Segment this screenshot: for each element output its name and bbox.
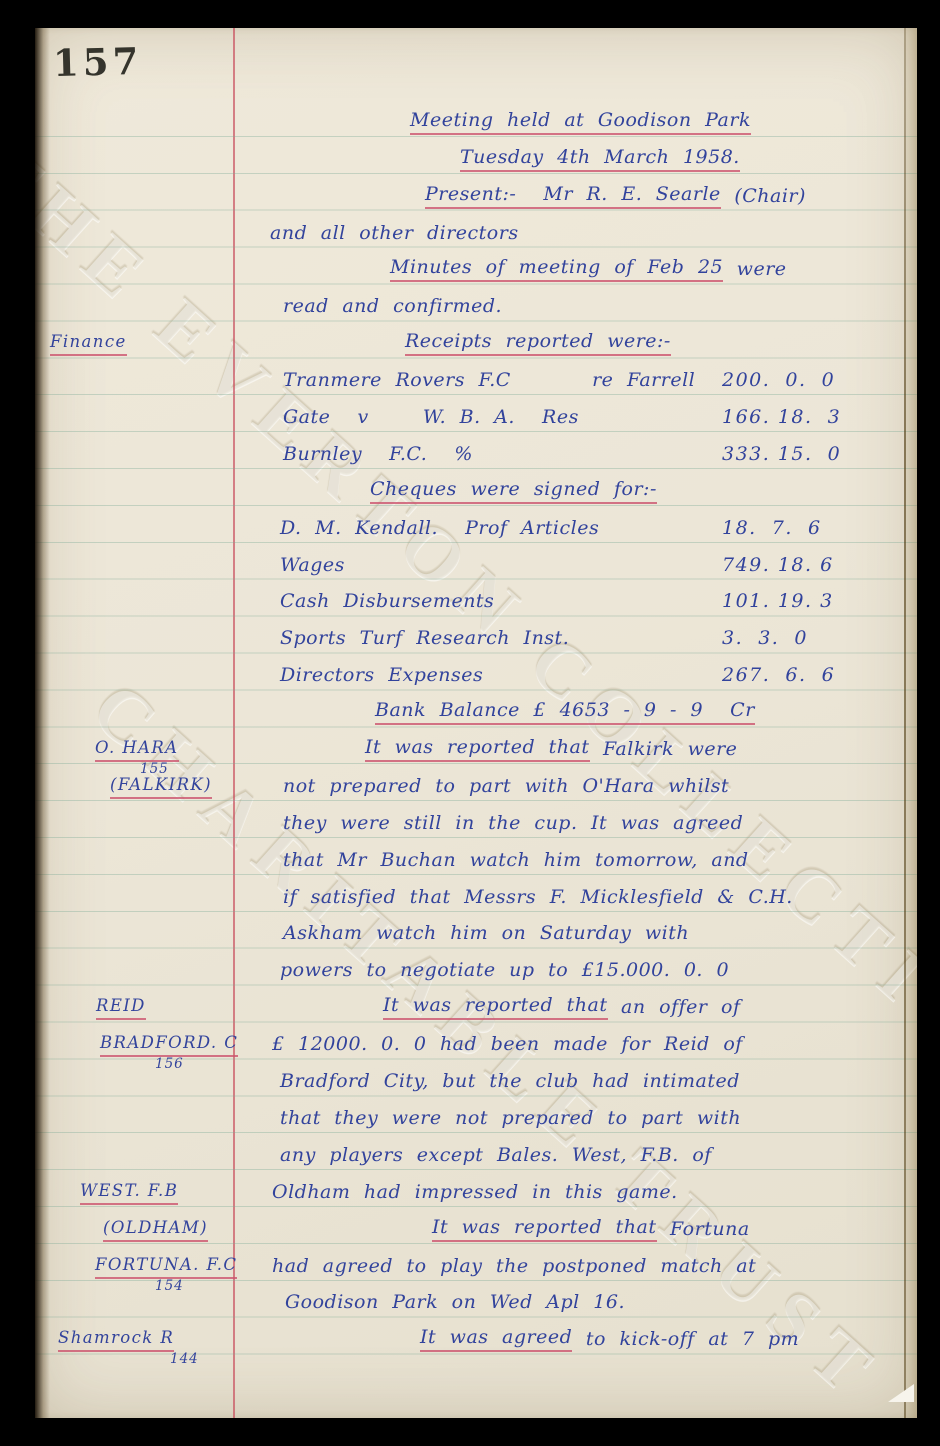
handwriting: if satisfied that Messrs F. Micklesfield… xyxy=(283,885,793,912)
handwriting: Cash Disbursements xyxy=(280,589,494,616)
ledger-line: Cheques were signed for:- xyxy=(35,469,917,506)
handwriting: and all other directors xyxy=(270,221,519,248)
handwriting: an offer of xyxy=(608,995,741,1022)
line-body: that they were not prepared to part with xyxy=(235,1106,917,1133)
ledger-line: Bank Balance £ 4653 - 9 - 9 Cr xyxy=(35,690,917,727)
ledger-line: Burnley F.C. %333. 15. 0 xyxy=(35,432,917,469)
ledger-line: Tuesday 4th March 1958. xyxy=(35,137,917,174)
margin-cell: Shamrock R144 xyxy=(35,1327,235,1354)
ledger-line: Sports Turf Research Inst.3. 3. 0 xyxy=(35,616,917,653)
ledger-line: Directors Expenses267. 6. 6 xyxy=(35,653,917,690)
handwriting: powers to negotiate up to £15.000. 0. 0 xyxy=(280,958,729,985)
ledger-line: they were still in the cup. It was agree… xyxy=(35,801,917,838)
handwriting: Oldham had impressed in this game. xyxy=(272,1180,678,1207)
handwriting-underlined: Feb 25 xyxy=(647,255,723,282)
ruled-lines-area: Meeting held at Goodison ParkTuesday 4th… xyxy=(35,100,917,1360)
ledger-line: Present:- Mr R. E. Searle (Chair) xyxy=(35,174,917,211)
page-edge-crease xyxy=(904,28,906,1418)
line-body: Burnley F.C. %333. 15. 0 xyxy=(235,442,917,469)
ledger-line: REIDIt was reported that an offer of xyxy=(35,985,917,1022)
ledger-line: Tranmere Rovers F.C re Farrell200. 0. 0 xyxy=(35,358,917,395)
handwriting: £ 12000. 0. 0 had been made for Reid of xyxy=(272,1032,743,1059)
margin-heading: REID xyxy=(96,995,146,1020)
ledger-line: Gate v W. B. A. Res166. 18. 3 xyxy=(35,395,917,432)
margin-cell: REID xyxy=(35,995,235,1022)
line-body: not prepared to part with O'Hara whilst xyxy=(235,774,917,801)
line-body: Wages749. 18. 6 xyxy=(235,553,917,580)
margin-cell: FORTUNA. F.C154 xyxy=(35,1254,235,1281)
handwriting: any players except Bales. West, F.B. of xyxy=(280,1143,712,1170)
ledger-line: Wages749. 18. 6 xyxy=(35,543,917,580)
amount-value: 3. 3. 0 xyxy=(722,626,907,653)
handwriting: had agreed to play the postponed match a… xyxy=(272,1254,756,1281)
handwriting: were xyxy=(723,257,786,284)
line-body: Bank Balance £ 4653 - 9 - 9 Cr xyxy=(235,698,917,727)
ledger-line: that they were not prepared to part with xyxy=(35,1096,917,1133)
handwriting: they were still in the cup. It was agree… xyxy=(283,811,743,838)
handwriting-underlined: Meeting held at Goodison Park xyxy=(410,108,751,135)
handwriting: that they were not prepared to part with xyxy=(280,1106,741,1133)
ledger-line: powers to negotiate up to £15.000. 0. 0 xyxy=(35,948,917,985)
line-body: Meeting held at Goodison Park xyxy=(235,108,917,137)
line-body: Minutes of meeting of Feb 25 were xyxy=(235,255,917,284)
ledger-line: WEST. F.BOldham had impressed in this ga… xyxy=(35,1170,917,1207)
handwriting: that Mr Buchan watch him tomorrow, and xyxy=(283,848,749,875)
line-body: read and confirmed. xyxy=(235,294,917,321)
line-body: Gate v W. B. A. Res166. 18. 3 xyxy=(235,405,917,432)
handwriting: Sports Turf Research Inst. xyxy=(280,626,569,653)
book-binding-edge xyxy=(35,28,50,1418)
line-body: Directors Expenses267. 6. 6 xyxy=(235,663,917,690)
line-body: Receipts reported were:- xyxy=(235,329,917,358)
margin-heading: Finance xyxy=(50,331,127,356)
handwriting-underlined: Receipts reported were:- xyxy=(405,329,671,356)
line-body: Tranmere Rovers F.C re Farrell200. 0. 0 xyxy=(235,368,917,395)
margin-heading: FORTUNA. F.C xyxy=(95,1254,237,1279)
line-body: any players except Bales. West, F.B. of xyxy=(235,1143,917,1170)
margin-cell: Finance xyxy=(35,331,235,358)
handwriting: Tranmere Rovers F.C re Farrell xyxy=(283,368,695,395)
line-body: Tuesday 4th March 1958. xyxy=(235,145,917,174)
ledger-line: (OLDHAM)It was reported that Fortuna xyxy=(35,1207,917,1244)
handwriting-underlined: Bank Balance £ 4653 - 9 - 9 Cr xyxy=(375,698,755,725)
handwriting: Directors Expenses xyxy=(280,663,483,690)
ledger-line: that Mr Buchan watch him tomorrow, and xyxy=(35,838,917,875)
line-body: Sports Turf Research Inst.3. 3. 0 xyxy=(235,626,917,653)
ledger-line: FinanceReceipts reported were:- xyxy=(35,321,917,358)
handwriting-underlined: It was agreed xyxy=(420,1325,572,1352)
line-body: that Mr Buchan watch him tomorrow, and xyxy=(235,848,917,875)
line-body: D. M. Kendall. Prof Articles18. 7. 6 xyxy=(235,516,917,543)
margin-cell: WEST. F.B xyxy=(35,1180,235,1207)
handwriting: Bradford City, but the club had intimate… xyxy=(280,1069,740,1096)
handwriting-underlined: Minutes of meeting of xyxy=(390,255,647,282)
page-number-stamp: 157 xyxy=(52,39,142,85)
handwriting-underlined: It was reported that xyxy=(365,735,590,762)
handwriting: not prepared to part with O'Hara whilst xyxy=(283,774,729,801)
margin-heading: (OLDHAM) xyxy=(103,1217,208,1242)
photograph-background: { "document": { "type": "handwritten-min… xyxy=(0,0,940,1446)
margin-heading: O. HARA xyxy=(95,737,179,762)
handwriting: to kick-off at 7 pm xyxy=(572,1327,799,1354)
line-body: Askham watch him on Saturday with xyxy=(235,921,917,948)
ledger-line: BRADFORD. C156£ 12000. 0. 0 had been mad… xyxy=(35,1022,917,1059)
margin-cell: (FALKIRK) xyxy=(35,774,235,801)
ledger-line: Shamrock R144It was agreed to kick-off a… xyxy=(35,1317,917,1354)
margin-heading: (FALKIRK) xyxy=(110,774,212,799)
margin-ref-number: 154 xyxy=(155,1278,184,1294)
handwriting: D. M. Kendall. Prof Articles xyxy=(280,516,599,543)
handwriting: Goodison Park on Wed Apl 16. xyxy=(285,1290,625,1317)
handwriting: Wages xyxy=(280,553,345,580)
line-body: It was reported that an offer of xyxy=(235,993,917,1022)
line-body: Cash Disbursements101. 19. 3 xyxy=(235,589,917,616)
line-body: had agreed to play the postponed match a… xyxy=(235,1254,917,1281)
handwriting-underlined: Tuesday 4th March 1958. xyxy=(460,145,740,172)
line-body: Oldham had impressed in this game. xyxy=(235,1180,917,1207)
margin-cell: (OLDHAM) xyxy=(35,1217,235,1244)
amount-value: 166. 18. 3 xyxy=(722,405,907,432)
margin-ref-number: 144 xyxy=(170,1351,199,1367)
handwriting: Gate v W. B. A. Res xyxy=(283,405,579,432)
amount-value: 333. 15. 0 xyxy=(722,442,907,469)
handwriting: Askham watch him on Saturday with xyxy=(283,921,689,948)
line-body: and all other directors xyxy=(235,221,917,248)
ledger-line: D. M. Kendall. Prof Articles18. 7. 6 xyxy=(35,506,917,543)
line-body: It was agreed to kick-off at 7 pm xyxy=(235,1325,917,1354)
margin-heading: Shamrock R xyxy=(58,1327,174,1352)
ledger-page: 157 THE EVERTON COLLECTION CHARITABLE TR… xyxy=(35,28,917,1418)
ledger-line: Meeting held at Goodison Park xyxy=(35,100,917,137)
amount-value: 267. 6. 6 xyxy=(722,663,907,690)
margin-heading: BRADFORD. C xyxy=(100,1032,238,1057)
line-body: Bradford City, but the club had intimate… xyxy=(235,1069,917,1096)
line-body: It was reported that Falkirk were xyxy=(235,735,917,764)
line-body: Present:- Mr R. E. Searle (Chair) xyxy=(235,182,917,211)
ledger-line: if satisfied that Messrs F. Micklesfield… xyxy=(35,875,917,912)
handwriting-underlined: Present:- Mr R. E. Searle xyxy=(425,182,721,209)
margin-cell: O. HARA155 xyxy=(35,737,235,764)
handwriting: Burnley F.C. % xyxy=(283,442,473,469)
ledger-line: any players except Bales. West, F.B. of xyxy=(35,1133,917,1170)
amount-value: 200. 0. 0 xyxy=(722,368,907,395)
handwriting: Fortuna xyxy=(657,1217,750,1244)
line-body: if satisfied that Messrs F. Micklesfield… xyxy=(235,885,917,912)
ledger-line: Minutes of meeting of Feb 25 were xyxy=(35,248,917,285)
amount-value: 101. 19. 3 xyxy=(722,589,907,616)
page-stack-edge xyxy=(906,28,917,1418)
margin-heading: WEST. F.B xyxy=(80,1180,178,1205)
amount-value: 749. 18. 6 xyxy=(722,553,907,580)
ledger-line: read and confirmed. xyxy=(35,284,917,321)
ledger-line: and all other directors xyxy=(35,211,917,248)
handwriting-underlined: Cheques were signed for:- xyxy=(370,477,657,504)
margin-ref-number: 156 xyxy=(155,1056,184,1072)
line-body: they were still in the cup. It was agree… xyxy=(235,811,917,838)
handwriting: (Chair) xyxy=(721,184,806,211)
handwriting: Falkirk were xyxy=(590,737,738,764)
line-body: It was reported that Fortuna xyxy=(235,1215,917,1244)
margin-ref-number: 155 xyxy=(140,761,169,777)
line-body: Goodison Park on Wed Apl 16. xyxy=(235,1290,917,1317)
handwriting-underlined: It was reported that xyxy=(383,993,608,1020)
line-body: powers to negotiate up to £15.000. 0. 0 xyxy=(235,958,917,985)
handwriting: read and confirmed. xyxy=(283,294,502,321)
ledger-line: Cash Disbursements101. 19. 3 xyxy=(35,580,917,617)
ledger-line: O. HARA155It was reported that Falkirk w… xyxy=(35,727,917,764)
margin-cell: BRADFORD. C156 xyxy=(35,1032,235,1059)
line-body: £ 12000. 0. 0 had been made for Reid of xyxy=(235,1032,917,1059)
ledger-line: Askham watch him on Saturday with xyxy=(35,912,917,949)
line-body: Cheques were signed for:- xyxy=(235,477,917,506)
ledger-line: FORTUNA. F.C154had agreed to play the po… xyxy=(35,1244,917,1281)
amount-value: 18. 7. 6 xyxy=(722,516,907,543)
handwriting-underlined: It was reported that xyxy=(432,1215,657,1242)
